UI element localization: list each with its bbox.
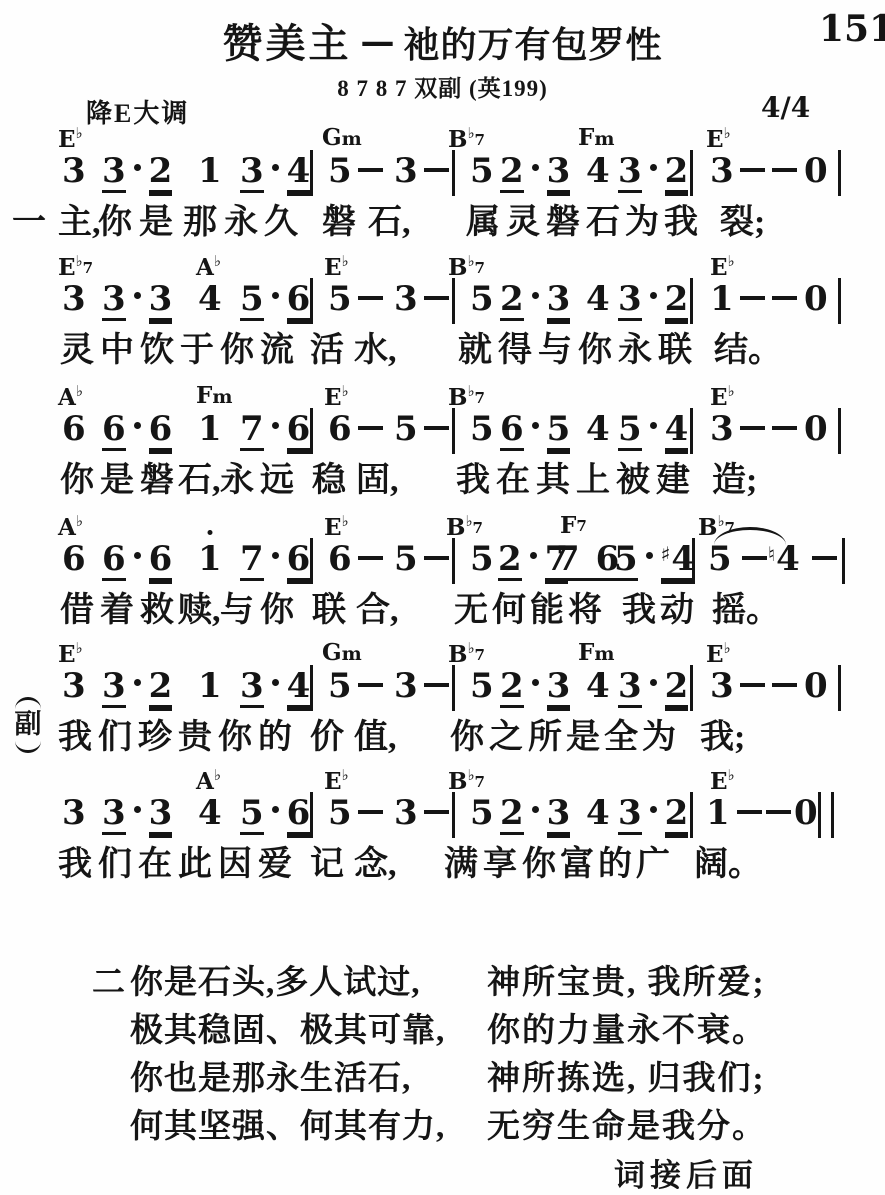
note: 4 (287, 669, 311, 708)
lyric-syllable: 远 (260, 462, 294, 499)
lyric-syllable: 建 (656, 462, 690, 499)
sustain-dash (737, 810, 762, 814)
lyric-syllable: 此 (178, 846, 212, 883)
note: 6 (102, 542, 126, 581)
rhythm-dot (530, 552, 537, 559)
note: 3 (240, 154, 264, 193)
lyric-syllable: 永 (618, 332, 652, 369)
note: ♮4 (768, 542, 800, 576)
chord-root: E (710, 384, 728, 411)
verse-line: 你是石头,多人试过, 神所宝贵, 我所爱; (0, 956, 885, 996)
chord-label: A♭ (58, 514, 83, 539)
flat-sign: ♭ (76, 512, 83, 530)
barline (452, 150, 455, 196)
note: 5 (470, 542, 494, 576)
lyric-syllable: 我 (664, 204, 698, 241)
note: 7 (556, 542, 580, 576)
chord-root: E (324, 514, 342, 541)
flat-sign: ♭ (342, 512, 349, 530)
chord-root: F (560, 512, 576, 539)
verse-line-right: 神所宝贵, 我所爱; (487, 956, 766, 1003)
chord-root: B (446, 514, 465, 541)
rhythm-dot (134, 806, 141, 813)
flat-sign: ♭ (465, 512, 472, 530)
chord-quality: 7 (83, 259, 93, 277)
sustain-dash (358, 168, 383, 172)
dotted-note-pair: 33 (102, 282, 172, 321)
flat-sign: ♭ (214, 766, 221, 784)
lyric-syllable: 联 (312, 592, 346, 629)
rhythm-dot (134, 552, 141, 559)
lyric-syllable: 你 (522, 846, 556, 883)
rest-note: 0 (804, 669, 828, 703)
lyric-syllable: 固, (356, 462, 399, 499)
note: 3 (547, 282, 571, 321)
flat-sign: ♭ (728, 766, 735, 784)
note: 3 (102, 796, 126, 835)
verse-line-left: 极其稳固、极其可靠, (130, 1004, 445, 1051)
note: 3 (618, 669, 642, 708)
flat-sign: ♭ (342, 766, 349, 784)
lyric-syllable: 贵 (178, 719, 212, 756)
note: 1 (198, 669, 222, 703)
flat-sign: ♭ (728, 252, 735, 270)
barline (452, 538, 455, 584)
lyric-syllable: 你 (450, 719, 484, 756)
lyric-syllable: 是 (100, 462, 134, 499)
chord-quality: 7 (475, 773, 485, 791)
lyric-syllable: 与 (220, 592, 254, 629)
note: 3 (62, 796, 86, 830)
chord-root: E (710, 254, 728, 281)
barline (690, 278, 693, 324)
note: 5 (470, 154, 494, 188)
note: 5 (470, 412, 494, 446)
rhythm-dot (532, 422, 539, 429)
rhythm-dot (532, 164, 539, 171)
lyric-syllable: 我 (456, 462, 490, 499)
note: 3 (149, 282, 173, 321)
lyric-syllable: 赎, (178, 592, 221, 629)
flat-sign: ♭ (467, 252, 474, 270)
note: 2 (500, 282, 524, 321)
dotted-note-pair: 56 (240, 282, 310, 321)
music-system: A♭E♭B♭7E♭3334565352343210我们在此因爱记念,满享你富的广… (0, 768, 885, 896)
chord-root: F (578, 124, 594, 151)
rhythm-dot (646, 552, 653, 559)
note: 5 (394, 542, 418, 576)
lyric-syllable: 你 (218, 719, 252, 756)
note: 6 (149, 542, 173, 581)
note: 6 (500, 412, 524, 451)
sustain-dash (740, 683, 765, 687)
rhythm-dot (272, 552, 279, 559)
sustain-dash (358, 810, 383, 814)
note: 1 (198, 412, 222, 446)
dotted-note-pair: 32 (618, 154, 688, 193)
note: 5 (614, 542, 638, 581)
chord-label: E♭ (706, 126, 731, 151)
lyric-syllable: 动 (660, 592, 694, 629)
notes-row: 3334565352343210 (0, 282, 885, 328)
lyric-syllable: 中 (100, 332, 134, 369)
note: 6 (62, 412, 86, 446)
lyric-syllable: 们 (98, 846, 132, 883)
lyric-syllable: 石, (368, 204, 411, 241)
lyric-syllable: 我 (622, 592, 656, 629)
note: 6 (287, 542, 311, 581)
note: 5 (470, 669, 494, 703)
chord-root: E (58, 641, 76, 668)
note: 3 (710, 669, 734, 703)
rhythm-dot (532, 806, 539, 813)
lyric-syllable: 磐 (322, 204, 356, 241)
lyric-syllable: 因 (218, 846, 252, 883)
rhythm-dot (532, 679, 539, 686)
sustain-dash (740, 168, 765, 172)
chord-quality: 7 (475, 259, 485, 277)
music-system: E♭GmB♭7FmE♭3321345352343230一主,你是那永久磐石,属灵… (0, 126, 885, 254)
note: 5 (328, 282, 352, 316)
lyric-syllable: 为 (625, 204, 659, 241)
note: 4 (198, 282, 222, 316)
lyrics-row: 我们在此因爱记念,满享你富的广阔。 (0, 846, 885, 892)
lyric-syllable: 联 (658, 332, 692, 369)
rhythm-dot (272, 292, 279, 299)
flat-sign: ♭ (728, 382, 735, 400)
music-system: 副E♭GmB♭7FmE♭3321345352343230我们珍贵你的价值,你之所… (0, 641, 885, 769)
note: 2 (500, 154, 524, 193)
chord-quality: 7 (475, 646, 485, 664)
note: 5 (708, 542, 732, 576)
chord-row: E♭GmB♭7FmE♭ (0, 126, 885, 152)
lyric-syllable: 被 (616, 462, 650, 499)
chord-root: E (710, 768, 728, 795)
dotted-note-pair: 23 (500, 796, 570, 835)
rhythm-dot (650, 806, 657, 813)
note: 5 (547, 412, 571, 451)
chord-quality: 7 (475, 131, 485, 149)
note: 3 (149, 796, 173, 835)
chord-root: E (324, 384, 342, 411)
lyrics-row: 一主,你是那永久磐石,属灵磐石为我裂; (0, 204, 885, 250)
beam-group: 76 (556, 542, 619, 581)
chord-quality: m (342, 643, 362, 665)
sustain-dash (358, 556, 383, 560)
note: 6 (287, 796, 311, 835)
verse-line: 极其稳固、极其可靠, 你的力量永不衰。 (0, 1004, 885, 1044)
chord-label: E♭ (324, 254, 349, 279)
sustain-dash (424, 168, 449, 172)
note: 6 (328, 412, 352, 446)
note: 1 (710, 282, 734, 316)
rhythm-dot (272, 422, 279, 429)
chord-quality: 7 (473, 519, 483, 537)
verse-line: 你也是那永生活石, 神所拣选, 归我们; (0, 1052, 885, 1092)
flat-sign: ♭ (467, 766, 474, 784)
chord-label: Fm (578, 641, 614, 664)
chord-row: A♭FmE♭B♭7E♭ (0, 384, 885, 410)
lyric-syllable: 阔。 (694, 846, 762, 883)
lyric-syllable: 珍 (138, 719, 172, 756)
chord-label: Gm (322, 126, 362, 149)
rest-note: 0 (804, 412, 828, 446)
lyric-syllable: 石, (178, 462, 221, 499)
chord-root: B (448, 384, 467, 411)
lyric-syllable: 能 (530, 592, 564, 629)
dotted-note-pair: 34 (240, 669, 310, 708)
lyric-syllable: 值, (354, 719, 397, 756)
chord-label: A♭ (196, 254, 221, 279)
lyric-syllable: 磐 (140, 462, 174, 499)
chord-label: A♭ (58, 384, 83, 409)
chord-label: Gm (322, 641, 362, 664)
lyric-syllable: 久 (264, 204, 298, 241)
chord-root: E (706, 641, 724, 668)
note: 3 (394, 796, 418, 830)
lyric-syllable: 摇。 (712, 592, 780, 629)
note: 1 (198, 154, 222, 188)
flat-sign: ♭ (76, 124, 83, 142)
note: 3 (102, 154, 126, 193)
chord-root: A (196, 254, 214, 281)
lyric-syllable: 将 (568, 592, 602, 629)
lyric-syllable: 之 (489, 719, 523, 756)
music-system: E♭7A♭E♭B♭7E♭3334565352343210灵中饮于你流活水,就得与… (0, 254, 885, 382)
notes-row: 6661766556545430 (0, 412, 885, 458)
chord-root: A (58, 384, 76, 411)
lyric-syllable: 上 (576, 462, 610, 499)
note: 6 (287, 282, 311, 321)
title-main: 赞美主 (222, 22, 351, 66)
chord-label: E♭7 (58, 254, 93, 279)
lyric-syllable: 合, (356, 592, 399, 629)
lyrics-row: 灵中饮于你流活水,就得与你永联结。 (0, 332, 885, 378)
sustain-dash (772, 296, 797, 300)
sustain-dash (812, 556, 837, 560)
chord-label: B♭7 (448, 254, 485, 279)
lyric-syllable: 无 (454, 592, 488, 629)
lyric-syllable: 何 (492, 592, 526, 629)
chord-root: B (448, 768, 467, 795)
barline (838, 665, 841, 711)
chord-row: A♭E♭B♭7E♭ (0, 768, 885, 794)
note: 5 (394, 412, 418, 446)
rhythm-dot (134, 422, 141, 429)
lyric-syllable: 你 (60, 462, 94, 499)
dotted-note-pair: 66 (102, 542, 172, 581)
lyric-syllable: 属 (466, 204, 500, 241)
sustain-dash (424, 296, 449, 300)
note: 2 (498, 542, 522, 581)
sustain-dash (424, 426, 449, 430)
lyric-syllable: 结。 (714, 332, 782, 369)
note: 2 (500, 796, 524, 835)
note: 5 (470, 796, 494, 830)
flat-sign: ♭ (467, 639, 474, 657)
note: 5 (328, 154, 352, 188)
verse-line-right: 神所拣选, 归我们; (487, 1052, 766, 1099)
lyric-syllable: 富 (560, 846, 594, 883)
note: 7 (240, 412, 264, 451)
rhythm-dot (272, 164, 279, 171)
barline (452, 408, 455, 454)
lyric-syllable: 享 (483, 846, 517, 883)
lyric-syllable: 救 (140, 592, 174, 629)
note: 2 (149, 154, 173, 193)
rhythm-dot (532, 292, 539, 299)
note: 3 (547, 796, 571, 835)
flat-sign: ♭ (214, 252, 221, 270)
barline (692, 538, 695, 584)
dotted-note-pair: 23 (500, 154, 570, 193)
lyric-syllable: 稳 (312, 462, 346, 499)
sustain-dash (424, 810, 449, 814)
lyric-syllable: 我 (58, 719, 92, 756)
verse-number: 一 (12, 204, 46, 241)
dotted-note-pair: 32 (102, 154, 172, 193)
lyric-syllable: 主, (58, 204, 101, 241)
notes-row: 3334565352343210 (0, 796, 885, 842)
lyric-syllable: 爱 (258, 846, 292, 883)
barline (310, 150, 313, 196)
lyric-syllable: 借 (60, 592, 94, 629)
sustain-dash (358, 683, 383, 687)
barline (838, 278, 841, 324)
lyric-syllable: 与 (538, 332, 572, 369)
note: 4 (198, 796, 222, 830)
lyric-syllable: 我; (700, 719, 745, 756)
lyric-syllable: 广 (636, 846, 670, 883)
note: 2 (665, 154, 689, 193)
sustain-dash (766, 810, 791, 814)
sustain-dash (740, 296, 765, 300)
sustain-dash (742, 556, 767, 560)
sustain-dash (772, 683, 797, 687)
verse-line-left: 何其坚强、何其有力, (130, 1100, 445, 1147)
flat-sign: ♭ (342, 382, 349, 400)
sustain-dash (424, 556, 449, 560)
rhythm-dot (650, 679, 657, 686)
chord-root: E (58, 126, 76, 153)
title-dash: — (360, 22, 394, 62)
barline (452, 792, 455, 838)
note: 4 (586, 796, 610, 830)
note: 3 (102, 282, 126, 321)
lyric-syllable: 那 (183, 204, 217, 241)
chord-label: E♭ (710, 768, 735, 793)
chord-label: E♭ (58, 641, 83, 666)
lyric-syllable: 在 (138, 846, 172, 883)
note: 3 (240, 669, 264, 708)
dotted-note-pair: 56 (240, 796, 310, 835)
lyric-syllable: 就 (458, 332, 492, 369)
sustain-dash (358, 426, 383, 430)
barline (838, 150, 841, 196)
note: 5 (618, 412, 642, 451)
note: 2 (665, 796, 689, 835)
flat-sign: ♭ (467, 382, 474, 400)
barline (690, 150, 693, 196)
note: 3 (62, 154, 86, 188)
chord-label: E♭ (324, 384, 349, 409)
rest-note: 0 (804, 154, 828, 188)
chord-root: A (196, 768, 214, 795)
lyric-syllable: 你 (578, 332, 612, 369)
barline (310, 538, 313, 584)
flat-sign: ♭ (724, 124, 731, 142)
final-double-barline (818, 792, 834, 838)
lyric-syllable: 其 (536, 462, 570, 499)
note: 4 (665, 412, 689, 451)
barline (690, 792, 693, 838)
lyric-syllable: 水, (354, 332, 397, 369)
lyric-syllable: 在 (496, 462, 530, 499)
chord-label: E♭ (706, 641, 731, 666)
lyric-syllable: 灵 (506, 204, 540, 241)
chord-label: F7 (560, 514, 587, 537)
barline (838, 408, 841, 454)
barline (310, 278, 313, 324)
note: 3 (547, 154, 571, 193)
flat-sign: ♭ (342, 252, 349, 270)
barline (310, 792, 313, 838)
rest-note: 0 (794, 796, 818, 830)
verse-line-right: 你的力量永不衰。 (487, 1004, 767, 1051)
verse-line-right: 无穷生命是我分。 (487, 1100, 767, 1147)
lyric-syllable: 记 (310, 846, 344, 883)
rhythm-dot (650, 422, 657, 429)
rhythm-dot (134, 292, 141, 299)
note: 4 (287, 154, 311, 193)
dotted-note-pair: 32 (618, 282, 688, 321)
lyric-syllable: 造; (712, 462, 757, 499)
lyric-syllable: 价 (310, 719, 344, 756)
chord-root: A (58, 514, 76, 541)
chord-label: E♭ (324, 768, 349, 793)
chord-label: B♭7 (448, 384, 485, 409)
lyric-syllable: 得 (498, 332, 532, 369)
chord-quality: m (594, 643, 614, 665)
chord-root: E (706, 126, 724, 153)
sustain-dash (772, 168, 797, 172)
hymn-sheet: 赞美主—祂的万有包罗性 151 8 7 8 7 双副 (英199) 降E大调 4… (0, 0, 885, 1195)
dotted-note-pair: 32 (618, 669, 688, 708)
title-subtitle: 祂的万有包罗性 (403, 24, 662, 65)
dotted-note-pair: 33 (102, 796, 172, 835)
chord-root: B (448, 254, 467, 281)
note: 3 (618, 282, 642, 321)
chord-quality: m (342, 128, 362, 150)
chord-label: E♭ (324, 514, 349, 539)
verse-line-left: 你是石头,多人试过, (130, 956, 421, 1003)
key-signature: 降E大调 (86, 93, 189, 130)
note: ♯4 (661, 542, 695, 581)
note: 6 (328, 542, 352, 576)
rhythm-dot (134, 679, 141, 686)
lyric-syllable: 念, (354, 846, 397, 883)
note: 4 (586, 282, 610, 316)
chord-row: E♭GmB♭7FmE♭ (0, 641, 885, 667)
hymn-number: 151 (819, 8, 885, 50)
chord-root: E (58, 254, 76, 281)
chord-label: E♭ (58, 126, 83, 151)
note: 7 (240, 542, 264, 581)
note: 6 (62, 542, 86, 576)
note: 3 (547, 669, 571, 708)
dotted-note-pair: 23 (500, 669, 570, 708)
lyric-syllable: 活 (310, 332, 344, 369)
